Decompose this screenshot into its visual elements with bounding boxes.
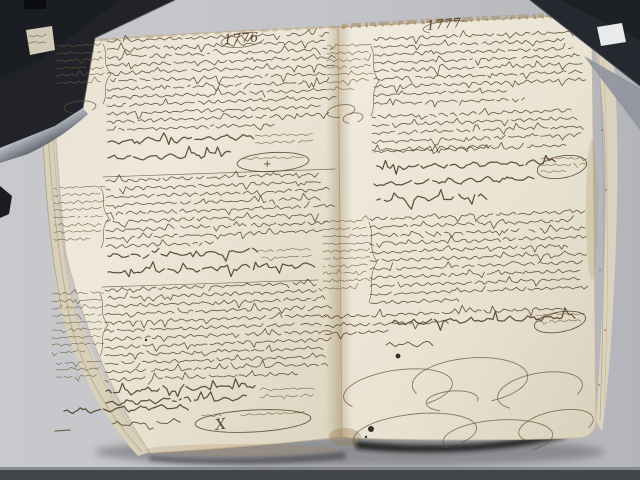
scene-svg: 1776 1777 + X — [0, 0, 640, 480]
white-label-tab — [597, 23, 626, 46]
ink-blot-4 — [145, 339, 147, 341]
bottom-edge-stain — [145, 444, 335, 456]
clamp-black-tab — [24, 0, 46, 9]
ink-blot-2 — [368, 426, 374, 432]
photograph-of-register: 1776 1777 + X — [0, 0, 640, 480]
left-page-year-heading: 1776 — [223, 31, 259, 48]
right-page-year-heading: 1777 — [426, 16, 462, 34]
fore-edge-toning — [586, 140, 598, 280]
ink-blot-3 — [365, 436, 367, 438]
ink-blot-1 — [396, 354, 401, 359]
gutter-bottom-stain — [329, 428, 361, 446]
table-front-edge — [0, 470, 640, 480]
signum-cross-mark: + — [263, 159, 272, 170]
table-edge-highlight — [0, 467, 640, 470]
page-corner-in-cradle-gap — [26, 26, 55, 55]
